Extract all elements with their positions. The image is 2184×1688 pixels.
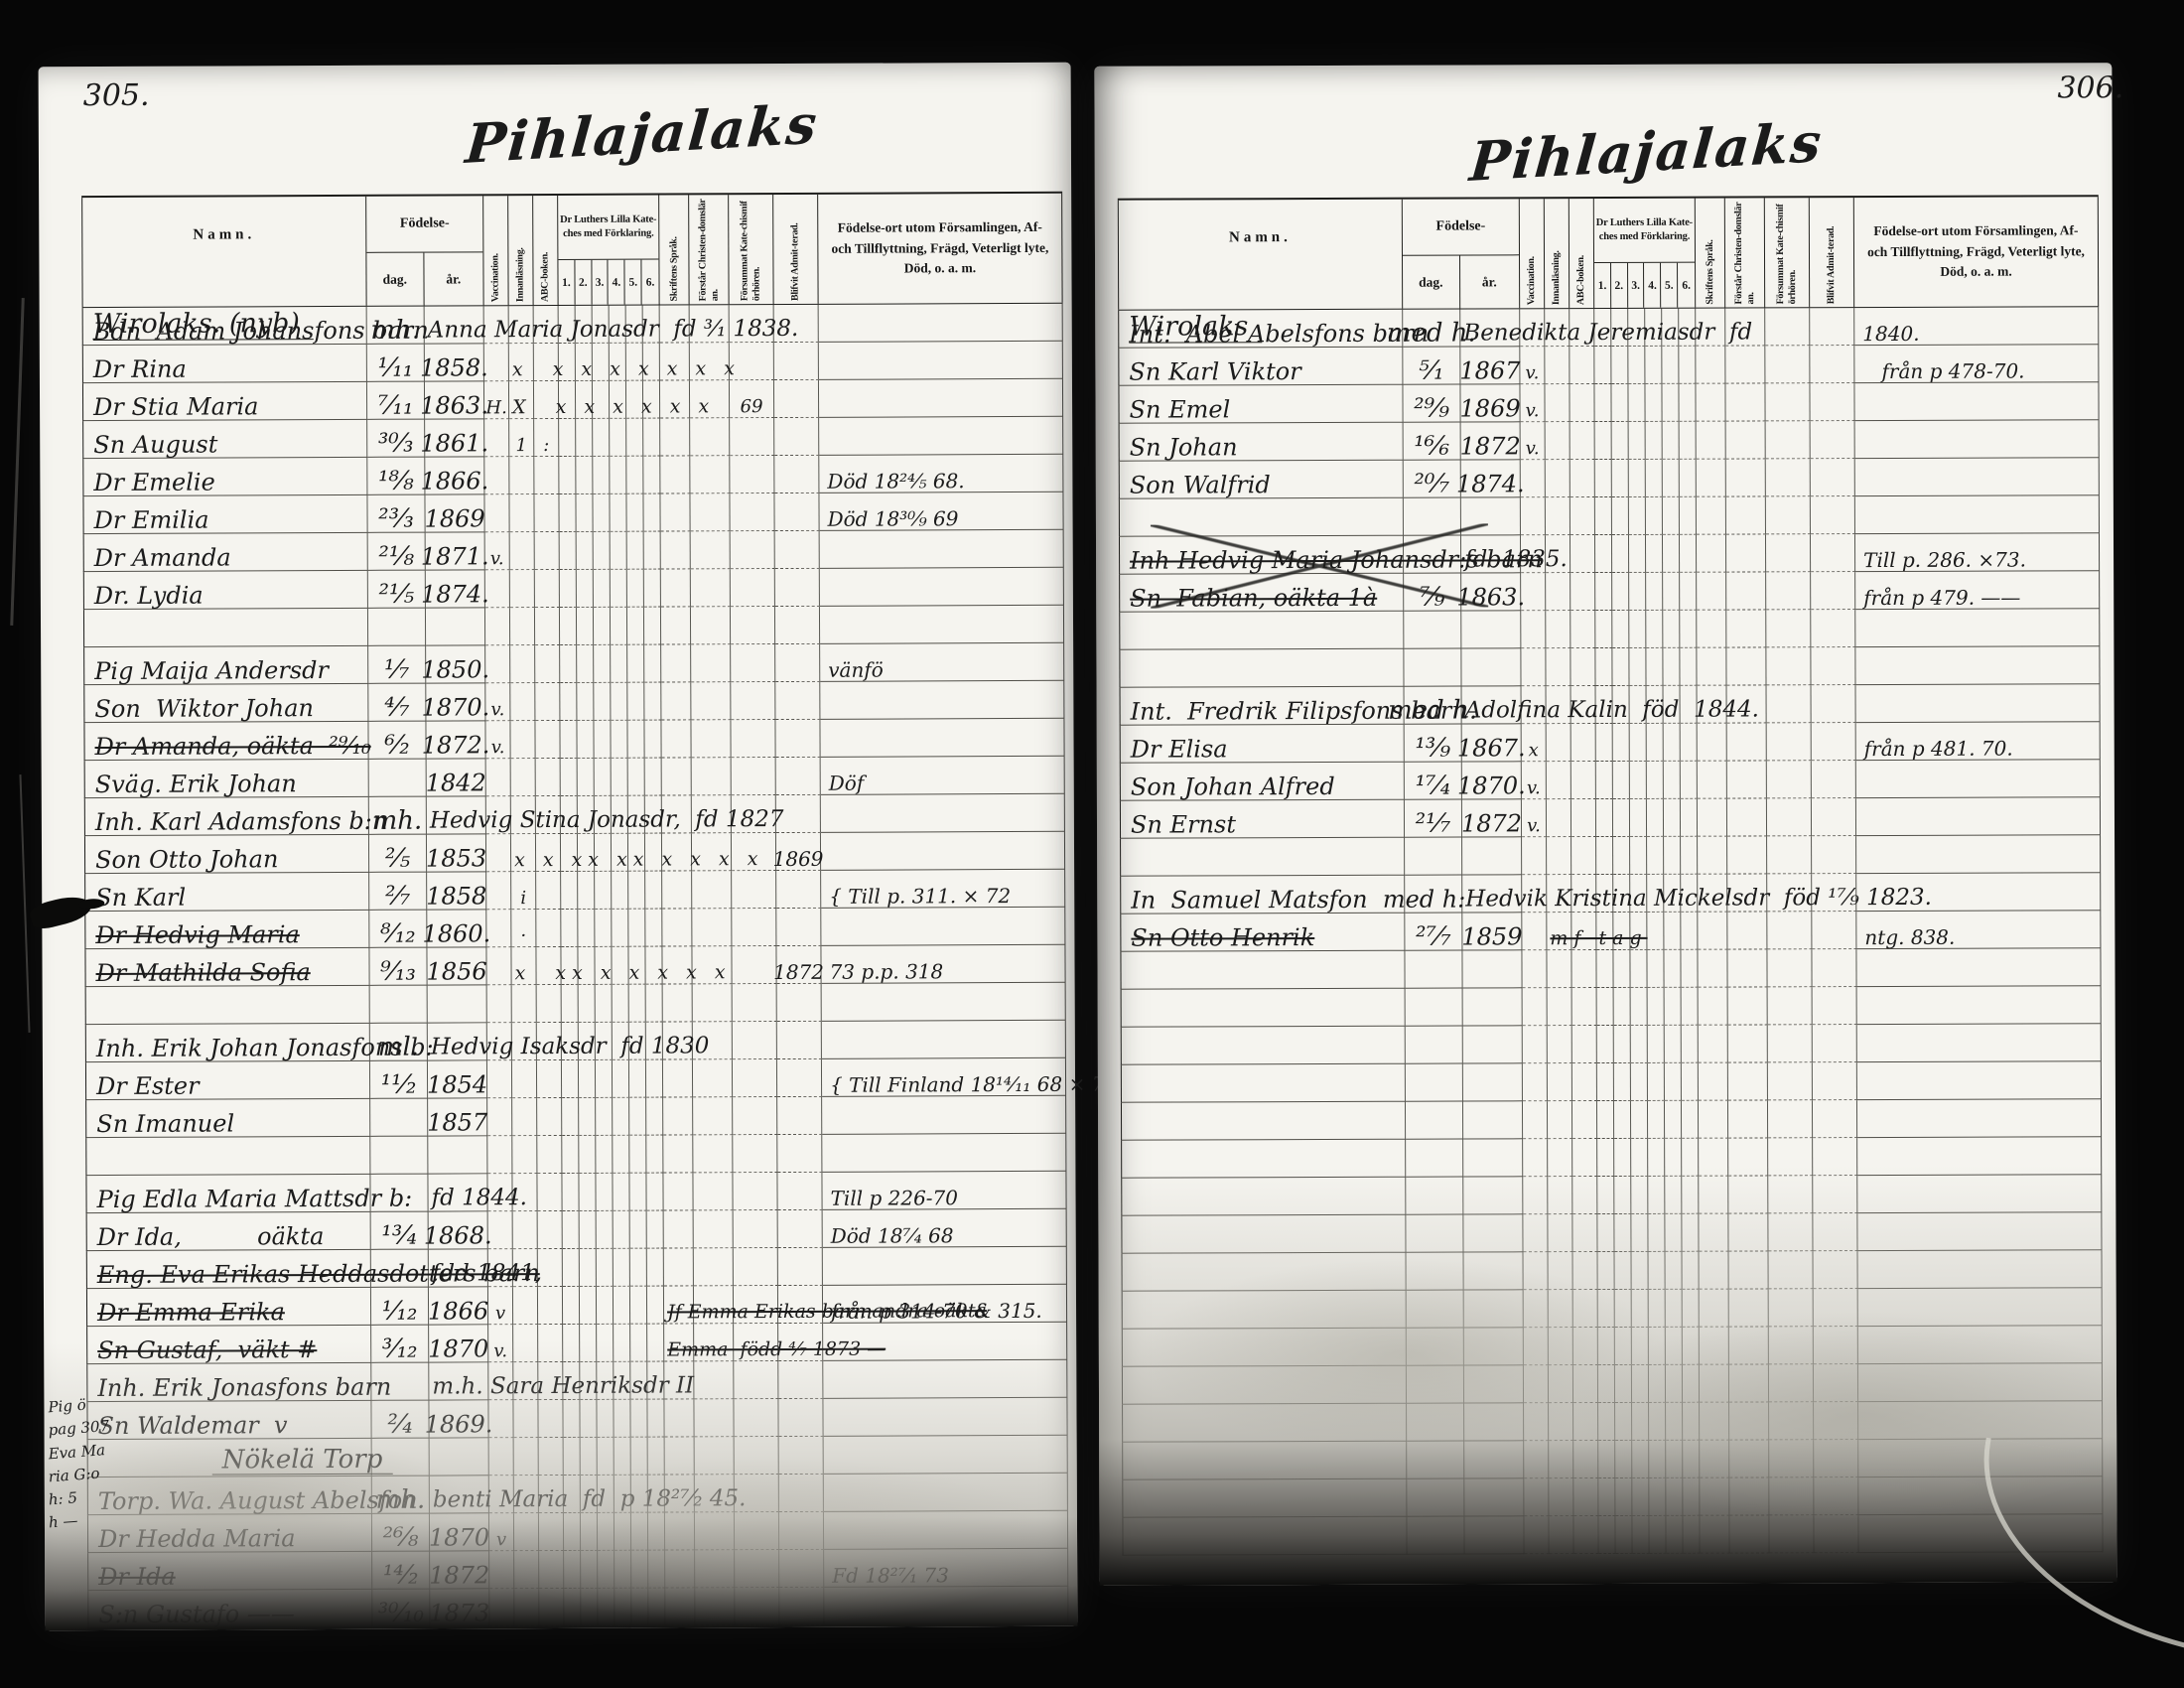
cell-inn	[1549, 1290, 1573, 1328]
entry-dag: ²⁄₄	[387, 1413, 412, 1437]
cell-vacc: x	[1522, 724, 1547, 762]
cell-abc	[1570, 611, 1595, 648]
cell-abc	[536, 759, 561, 796]
page-right: 306. Pihlajalaks Namn. Wirolaks Födelse-…	[1094, 63, 2116, 1586]
cell-k3	[1628, 384, 1645, 422]
cell-k1	[563, 1287, 580, 1325]
entry-ar: 1874.	[421, 582, 489, 606]
cell-skr	[661, 569, 691, 607]
cell-forsum	[731, 720, 775, 758]
register-row	[1122, 1401, 2103, 1442]
annotation-mid: Jf Emma Erikas barn andra oäkta	[667, 1302, 987, 1322]
cell-abc	[537, 1174, 562, 1211]
cell-blif	[1814, 1364, 1858, 1402]
cell-ar	[1464, 1516, 1524, 1554]
register-row	[1121, 1212, 2102, 1253]
column-label: Innanläsning.	[1551, 202, 1563, 305]
cell-abc	[1572, 988, 1597, 1026]
cell-name: Dr Ester	[85, 1061, 370, 1100]
cell-inn	[1547, 799, 1571, 837]
cell-dag	[1405, 951, 1462, 989]
page-number-right: 306.	[2057, 70, 2123, 105]
column-label: ABC-boken.	[539, 199, 551, 302]
entry-ar: 1850.	[421, 657, 489, 681]
cell-ort	[1858, 1288, 2103, 1327]
cell-k6	[644, 683, 661, 721]
entry-ar: 1872.	[422, 733, 490, 757]
cell-k5	[629, 985, 646, 1023]
cell-dag: ⁵⁄₁	[1403, 348, 1460, 385]
register-row: Dr Mathilda Sofia⁹⁄₁₃1856187273 p.p. 318…	[84, 945, 1065, 987]
cell-k4	[1648, 1177, 1665, 1214]
cell-k2	[577, 570, 594, 608]
cell-k6	[644, 570, 661, 608]
register-rows-right: Int. Abel Abelsfons barnmed h.1840.Bened…	[1118, 307, 2103, 1555]
cell-abc	[1572, 1177, 1597, 1214]
cell-ar: 1870.	[1462, 762, 1522, 799]
cell-k1	[559, 419, 576, 457]
cell-k6	[1682, 1214, 1699, 1252]
cell-inn	[514, 1551, 539, 1589]
cell-forsum	[732, 871, 776, 909]
entry-abc: :	[543, 437, 549, 455]
parish-title-left: Pihlajalaks	[463, 91, 821, 176]
cell-ar	[430, 1438, 489, 1476]
cell-k4	[611, 683, 627, 721]
cell-ort	[819, 304, 1063, 343]
cell-forsum	[1767, 723, 1812, 761]
entry-ar: 1872	[429, 1563, 489, 1587]
cell-skr	[1698, 913, 1727, 950]
cell-forsum	[1766, 534, 1811, 572]
cell-name: Nökelä Torp	[87, 1439, 372, 1477]
cell-k3	[598, 1551, 614, 1589]
cell-k1	[561, 759, 578, 796]
cell-k3	[1629, 573, 1646, 611]
cell-dag: ²⁄₇	[369, 873, 427, 911]
cell-ar: 1861.	[425, 419, 484, 457]
entry-ort: Till p 226-70	[831, 1188, 959, 1208]
cell-abc	[537, 1136, 562, 1174]
cell-ar: 1853	[427, 834, 486, 872]
cell-name: Sn Otto Henrik	[1120, 914, 1405, 952]
cell-ort	[820, 530, 1064, 569]
cell-skr	[1698, 724, 1727, 762]
cell-blif	[775, 531, 820, 569]
cell-forsum	[731, 569, 775, 607]
cell-k6	[648, 1513, 665, 1551]
entry-dag: ²¹⁄₈	[378, 545, 414, 569]
cell-skr	[663, 1097, 693, 1135]
cell-inn	[1547, 950, 1571, 988]
person-name: Dr Stia Maria	[93, 394, 258, 419]
cell-ar	[1463, 1139, 1523, 1177]
annotation-wide: Hedvig Isaksdr fd 1830	[431, 1035, 710, 1058]
entry-ort: från p 478-70.	[1862, 361, 2024, 382]
cell-fors	[1727, 723, 1767, 761]
cell-k2	[578, 759, 595, 796]
cell-blif	[775, 682, 820, 720]
cell-dag	[1406, 1064, 1463, 1102]
person-name: Son Wiktor Johan	[94, 696, 314, 721]
cell-inn	[514, 1438, 539, 1476]
cell-ort	[822, 1134, 1066, 1173]
cell-fors	[695, 1512, 735, 1550]
cell-k1	[560, 570, 577, 608]
cell-k2	[1615, 1365, 1632, 1403]
cell-k3	[1631, 1063, 1648, 1101]
entry-dag: ²⁶⁄₈	[383, 1526, 419, 1550]
cell-k5	[628, 910, 645, 947]
cell-forsum	[1768, 1025, 1813, 1062]
cell-vacc	[1522, 837, 1547, 875]
cell-forsum	[1767, 912, 1812, 949]
person-name: Dr Ester	[96, 1074, 200, 1098]
cell-k2	[1613, 950, 1630, 988]
cell-k4	[1648, 1101, 1665, 1139]
cell-abc	[1570, 573, 1595, 611]
cell-forsum	[1767, 836, 1812, 874]
cell-k6	[1683, 1516, 1700, 1554]
cell-k4	[1647, 950, 1664, 988]
cell-k1	[1598, 1328, 1615, 1365]
section-heading: Nökelä Torp	[212, 1446, 393, 1475]
column-label: Innanläsning.	[514, 199, 526, 302]
cell-fors	[1728, 1213, 1768, 1251]
cell-forsum	[735, 1512, 779, 1550]
cell-k2	[577, 645, 594, 683]
cell-k5	[629, 1060, 646, 1098]
cell-blif	[776, 758, 821, 795]
cell-ar	[1463, 1177, 1523, 1214]
column-fodelseort: Födelse-ort utom Församlingen, Af- och T…	[818, 194, 1062, 304]
cell-k5	[1664, 762, 1681, 799]
edge-scratch	[10, 298, 25, 626]
column-dag: dag.	[366, 253, 424, 306]
cell-forsum	[730, 418, 774, 456]
kateches-6: 6.	[642, 260, 659, 305]
annotation-marks: x x xx xx x x x x	[514, 850, 764, 870]
entry-ort: Döf	[829, 774, 865, 793]
cell-inn	[512, 1136, 537, 1174]
cell-name: Sn Waldemar v	[86, 1401, 371, 1440]
kateches-3: 3.	[1628, 263, 1645, 308]
cell-k6	[644, 645, 661, 683]
person-name: Torp. Wa. August Abelsfon	[98, 1488, 418, 1513]
register-row: Dr Amanda, oäkta ²⁹⁄₁₀⁶⁄₂1872.v.	[83, 719, 1064, 761]
cell-k4	[612, 759, 628, 796]
cell-blif	[1812, 949, 1856, 987]
cell-vacc	[484, 457, 509, 494]
cell-inn	[1547, 762, 1571, 799]
cell-k2	[581, 1551, 598, 1589]
cell-abc	[1573, 1478, 1598, 1516]
cell-name: Pig Edla Maria Mattsdr b:	[85, 1175, 370, 1213]
cell-k6	[648, 1438, 665, 1476]
cell-name: Sn Imanuel	[85, 1099, 370, 1138]
cell-dag	[1407, 1442, 1464, 1479]
cell-abc	[1573, 1365, 1598, 1403]
cell-name: Dr Elisa	[1120, 725, 1405, 764]
cell-blif	[1812, 761, 1856, 798]
cell-k4	[613, 1098, 629, 1136]
cell-fors	[1726, 572, 1766, 610]
entry-ort: Till p. 286. ×73.	[1863, 550, 2026, 571]
cell-skr	[663, 984, 693, 1022]
cell-fors	[1726, 610, 1766, 647]
entry-blif: 1872	[773, 962, 824, 982]
margin-note: pag 307	[48, 1418, 110, 1440]
cell-skr	[1698, 837, 1727, 875]
cell-ort: vänfö	[820, 643, 1064, 682]
entry-dag: ²⁄₅	[385, 847, 410, 871]
cell-k4	[1646, 611, 1663, 648]
cell-ort	[824, 1474, 1068, 1512]
register-row: Sn Karl²⁄₇1858i{ Till p. 311. × 72	[84, 870, 1065, 912]
cell-abc	[536, 910, 561, 947]
register-row: Pig Maija Andersdr¹⁄₇1850.vänfö	[83, 643, 1064, 685]
cell-k5	[1663, 535, 1680, 573]
cell-ar	[428, 1136, 487, 1174]
entry-ar: 1868.	[424, 1223, 492, 1247]
cell-skr	[1700, 1516, 1729, 1554]
cell-k5	[1665, 1026, 1682, 1063]
cell-ar: 1870.	[426, 683, 485, 721]
cell-k4	[613, 1060, 629, 1098]
cell-k1	[560, 608, 577, 645]
cell-k4	[611, 645, 627, 683]
register-row: In Samuel Matsfon med h:Hedvik Kristina …	[1120, 873, 2101, 914]
cell-dag: ¹⁄₁₁	[367, 345, 425, 382]
cell-blif	[1811, 459, 1855, 496]
cell-vacc	[1523, 988, 1548, 1026]
entry-ar: 1842	[426, 771, 486, 794]
person-name: Dr Ida	[98, 1565, 176, 1589]
cell-name	[85, 986, 370, 1025]
cell-inn	[1546, 611, 1570, 648]
cell-ar	[1461, 648, 1521, 686]
cell-fors	[1725, 346, 1765, 383]
cell-name: Dr Emilia	[82, 495, 367, 534]
cell-dag: ²⁄₅	[369, 835, 427, 873]
cell-blif	[1811, 496, 1855, 534]
cell-dag	[1407, 1404, 1464, 1442]
cell-dag	[369, 760, 427, 797]
cell-name	[1121, 1064, 1406, 1103]
cell-vacc	[488, 1211, 513, 1249]
person-name: Dr Elisa	[1131, 737, 1228, 761]
cell-skr	[664, 1210, 694, 1248]
cell-inn	[513, 1211, 538, 1249]
cell-abc	[535, 645, 560, 683]
person-name: Dr Mathilda Sofia	[95, 960, 310, 985]
cell-fors	[693, 1135, 733, 1173]
register-row	[1122, 1288, 2103, 1329]
cell-k4	[611, 570, 627, 608]
cell-abc	[1570, 648, 1595, 686]
cell-forsum	[1768, 1176, 1813, 1213]
cell-vacc	[487, 985, 512, 1023]
cell-k2	[1615, 1252, 1632, 1290]
entry-inn: i	[520, 890, 526, 908]
cell-k2	[577, 608, 594, 645]
person-name: Sn Waldemar v	[97, 1413, 287, 1438]
cell-vacc	[485, 645, 510, 683]
cell-name	[1120, 951, 1405, 990]
cell-k4	[1648, 1026, 1665, 1063]
cell-name: Son Walfrid	[1119, 461, 1404, 499]
entry-ar: 1858	[426, 884, 486, 908]
register-row: Sn Otto Henrik²⁷⁄₇1859ntg. 838.mf tag	[1120, 911, 2101, 951]
cell-vacc	[1524, 1516, 1549, 1554]
cell-forsum	[733, 1173, 777, 1210]
entry-ar: 1869	[1459, 396, 1520, 420]
register-row: Son Otto Johan²⁄₅18531869x x xx xx x x x…	[84, 832, 1065, 874]
register-table-right: Namn. Wirolaks Födelse- dag. år. Vaccina…	[1118, 195, 2104, 1555]
cell-skr	[1697, 497, 1726, 535]
cell-k1	[562, 1174, 579, 1211]
cell-vacc	[1524, 1290, 1549, 1328]
cell-k5	[1665, 1139, 1682, 1177]
cell-dag: ²¹⁄₅	[368, 571, 426, 609]
cell-k6	[645, 910, 662, 947]
cell-abc	[537, 1098, 562, 1136]
cell-abc	[538, 1287, 563, 1325]
page-left: 305. Pihlajalaks Namn. Wirolaks. (nyb) F…	[39, 63, 1078, 1631]
cell-k5	[1663, 497, 1680, 535]
cell-k4	[1649, 1478, 1666, 1516]
entry-dag: ¹³⁄₄	[381, 1224, 417, 1248]
cell-fors	[692, 909, 732, 946]
cell-k1	[1598, 1403, 1615, 1441]
cell-name: Int. Fredrik Filipsfons barn	[1120, 687, 1405, 726]
cell-forsum	[1766, 496, 1811, 534]
cell-k5	[627, 570, 644, 608]
cell-blif	[774, 418, 819, 456]
cell-k3	[1632, 1252, 1649, 1290]
cell-forsum	[1768, 1100, 1813, 1138]
column-ar: år.	[424, 252, 483, 305]
cell-skr	[1698, 762, 1727, 799]
cell-k6	[648, 1551, 665, 1589]
table-header: Namn. Wirolaks. (nyb) Födelse- dag. år. …	[81, 192, 1062, 308]
column-ar: år.	[1460, 255, 1520, 308]
cell-k5	[631, 1589, 648, 1626]
cell-vacc: v.	[485, 721, 510, 759]
cell-k3	[593, 494, 610, 532]
cell-ort	[820, 719, 1064, 758]
cell-blif	[777, 1059, 822, 1097]
cell-skr	[662, 758, 692, 795]
cell-k3	[593, 457, 610, 494]
cell-vacc	[488, 1400, 513, 1438]
cell-inn	[1549, 1365, 1573, 1403]
cell-forsum	[1766, 647, 1811, 685]
cell-forsum	[1766, 459, 1811, 496]
entry-ort: ntg. 838.	[1864, 927, 1955, 947]
cell-k1	[1598, 1252, 1615, 1290]
cell-abc	[1571, 837, 1596, 875]
register-row: Dr Emma Erika¹⁄₁₂1866vfrån p 314-70 & 31…	[86, 1285, 1067, 1327]
cell-dag	[1406, 1140, 1463, 1178]
cell-k5	[1664, 950, 1681, 988]
cell-dag: ³⁰⁄₃	[367, 420, 425, 458]
column-label: Vaccination.	[489, 199, 501, 302]
cell-blif	[1812, 836, 1856, 874]
register-rows-left: Bdn Adam Johansfons barnmh.Anna Maria Jo…	[82, 304, 1069, 1628]
cell-blif	[778, 1399, 823, 1437]
cell-ort	[1855, 646, 2100, 685]
cell-blif: 1869	[776, 833, 821, 871]
cell-name: Dr. Lydia	[83, 571, 368, 610]
cell-vacc	[1521, 497, 1546, 535]
column-kateches: Dr Luthers Lilla Kate- ches med Förklari…	[1594, 199, 1696, 308]
cell-ort	[1857, 1061, 2102, 1100]
cell-ort	[1855, 458, 2100, 496]
cell-k6	[1682, 1101, 1699, 1139]
cell-k4	[1649, 1441, 1666, 1478]
cell-k2	[580, 1287, 597, 1325]
entry-ar: 1860.	[422, 921, 490, 945]
cell-ort	[1858, 1326, 2103, 1364]
cell-k4	[1649, 1290, 1666, 1328]
cell-k2	[1615, 1328, 1632, 1365]
cell-ort: Till p. 286. ×73.	[1855, 533, 2100, 572]
cell-name: Sn Gustaf, väkt #	[86, 1326, 371, 1364]
cell-k3	[593, 419, 610, 457]
entry-ort: Död 18²⁴⁄₅ 68.	[827, 471, 964, 492]
entry-dag: ²⁹⁄₉	[1414, 397, 1449, 421]
cell-name: Dr Emma Erika	[86, 1288, 371, 1327]
cell-inn	[1546, 497, 1570, 535]
column-forstar-christendomslaran: Förstår Christen-domsläran.	[1725, 198, 1765, 307]
cell-k4	[614, 1513, 631, 1551]
cell-k3	[1629, 422, 1646, 460]
cell-name	[1121, 989, 1406, 1028]
cell-abc	[535, 532, 560, 570]
annotation-wide: fdd 1841,	[432, 1262, 542, 1285]
register-row: Pig Edla Maria Mattsdr b:Till p 226-70fd…	[85, 1172, 1066, 1213]
cell-name: Inh. Erik Jonasfons barn	[86, 1363, 371, 1402]
cell-abc	[1572, 1063, 1597, 1101]
kateches-5: 5.	[1661, 263, 1678, 308]
register-row	[1120, 948, 2101, 989]
column-forstar-christendomslaran: Förstår Christen-domsläran.	[689, 195, 729, 304]
cell-k6	[1683, 1252, 1700, 1290]
cell-dag: ²⁄₄	[371, 1401, 429, 1439]
cell-dag: ²⁷⁄₇	[1405, 914, 1462, 951]
cell-fors	[690, 456, 730, 493]
cell-forsum	[730, 456, 774, 493]
register-row	[1121, 1061, 2102, 1102]
cell-k6	[1679, 347, 1696, 384]
cell-k3	[1632, 1516, 1649, 1554]
cell-fors	[694, 1248, 734, 1286]
cell-k4	[610, 494, 626, 532]
entry-dag: ¹⁶⁄₆	[1414, 435, 1449, 459]
cell-k4	[1648, 988, 1665, 1026]
register-row: Sn Imanuel1857	[85, 1096, 1066, 1138]
column-vaccination: Vaccination.	[1520, 199, 1545, 308]
cell-ort: ntg. 838.	[1856, 911, 2101, 949]
cell-k6	[643, 494, 660, 532]
cell-k1	[564, 1551, 581, 1589]
register-row: Sn Johan¹⁶⁄₆1872v.	[1119, 420, 2100, 461]
entry-ar: 1854	[427, 1072, 487, 1096]
entry-inn: ·	[520, 927, 526, 945]
annotation-marks: x x x x x x x x	[512, 359, 741, 379]
cell-blif	[1814, 1440, 1858, 1477]
